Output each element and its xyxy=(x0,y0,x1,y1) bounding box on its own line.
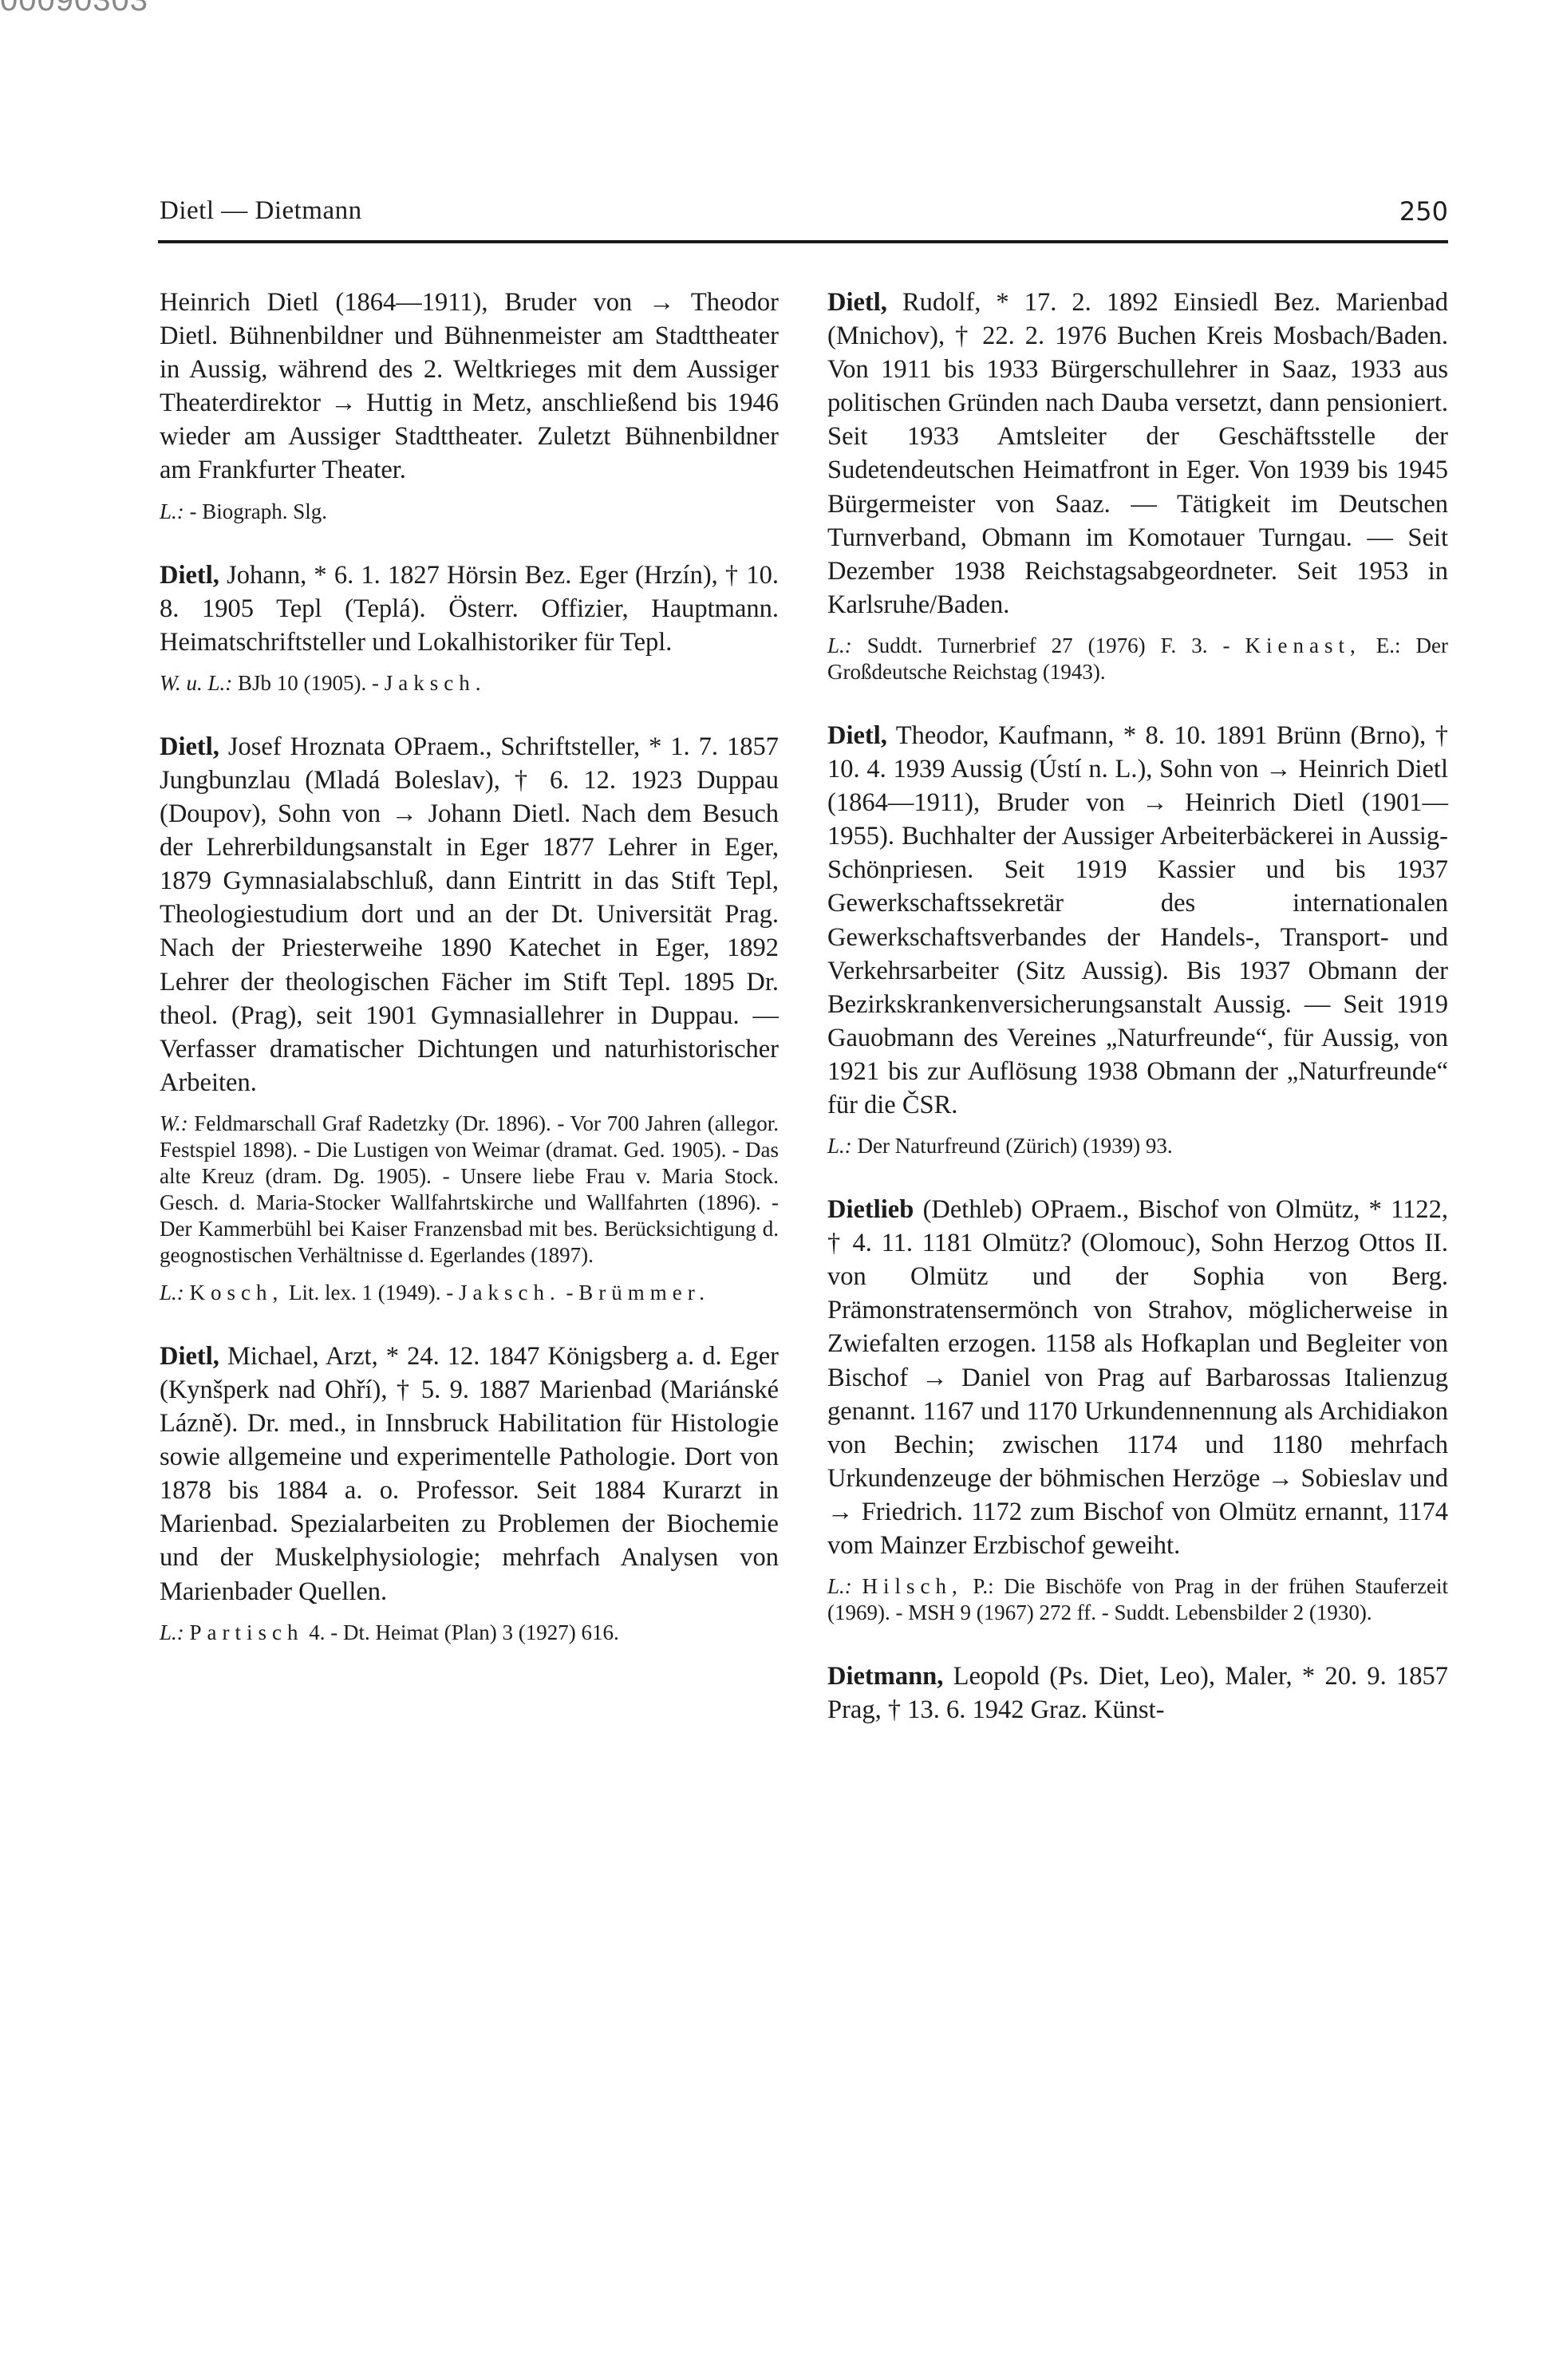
entry-rudolf-dietl: Dietl, Rudolf, * 17. 2. 1892 Einsiedl Be… xyxy=(827,286,1448,685)
entry-gap xyxy=(160,525,779,558)
entry-headword: Dietl, xyxy=(160,561,219,590)
lit-text: - xyxy=(561,1281,579,1304)
entry-literature: L.: Kosch, Lit. lex. 1 (1949). - Jaksch.… xyxy=(160,1280,779,1306)
entry-body: Dietl, Michael, Arzt, * 24. 12. 1847 Kön… xyxy=(160,1340,779,1608)
lit-text: BJb 10 (1905). - xyxy=(232,671,385,695)
entry-headword: Dietl, xyxy=(827,288,887,317)
lit-text: Lit. lex. 1 (1949). - xyxy=(283,1281,459,1304)
entry-literature: L.: Suddt. Turnerbrief 27 (1976) F. 3. -… xyxy=(827,633,1448,685)
lit-label: L.: xyxy=(160,1281,184,1304)
lit-label: L.: xyxy=(160,499,184,523)
entry-text: Theodor, Kaufmann, * 8. 10. 1891 Brünn (… xyxy=(827,721,1448,1119)
entry-body: Heinrich Dietl (1864—1911), Bruder von →… xyxy=(160,286,779,487)
lit-author: Partisch xyxy=(190,1620,304,1644)
entry-works: W.: Feldmarschall Graf Radetzky (Dr. 189… xyxy=(160,1111,779,1269)
entry-johann-dietl: Dietl, Johann, * 6. 1. 1827 Hörsin Bez. … xyxy=(160,558,779,697)
lit-author: Kienast, xyxy=(1245,633,1361,657)
entry-gap xyxy=(827,1159,1448,1193)
entry-text: Josef Hroznata OPraem., Schriftsteller, … xyxy=(160,732,779,1097)
entry-text: Rudolf, * 17. 2. 1892 Einsiedl Bez. Mari… xyxy=(827,288,1448,619)
lit-author: Jaksch. xyxy=(459,1281,561,1304)
lit-text: Der Naturfreund (Zürich) (1939) 93. xyxy=(852,1134,1173,1158)
lit-label: L.: xyxy=(827,1134,852,1158)
lit-label: L.: xyxy=(827,1574,852,1598)
header-rule xyxy=(158,240,1448,243)
entry-literature: L.: Hilsch, P.: Die Bischöfe von Prag in… xyxy=(827,1573,1448,1626)
entry-text: Johann, * 6. 1. 1827 Hörsin Bez. Eger (H… xyxy=(160,561,779,657)
entry-gap xyxy=(827,1626,1448,1660)
entry-gap xyxy=(160,1306,779,1340)
running-head-title: Dietl — Dietmann xyxy=(160,196,362,226)
entry-headword: Dietl, xyxy=(160,1342,219,1371)
entry-dietmann-leopold: Dietmann, Leopold (Ps. Diet, Leo), Maler… xyxy=(827,1660,1448,1727)
works-label: W.: xyxy=(160,1111,188,1135)
entry-headword: Dietl, xyxy=(160,732,219,761)
scan-id: 00090303 xyxy=(0,0,148,18)
entry-theodor-dietl: Dietl, Theodor, Kaufmann, * 8. 10. 1891 … xyxy=(827,719,1448,1159)
page-number: 250 xyxy=(1399,196,1448,227)
entry-body: Dietl, Josef Hroznata OPraem., Schriftst… xyxy=(160,730,779,1099)
lit-label: L.: xyxy=(827,633,852,657)
running-head: Dietl — Dietmann 250 xyxy=(160,196,1448,236)
right-column: Dietl, Rudolf, * 17. 2. 1892 Einsiedl Be… xyxy=(827,286,1448,1727)
entry-body: Dietlieb (Dethleb) OPraem., Bischof von … xyxy=(827,1193,1448,1562)
entry-body: Dietl, Rudolf, * 17. 2. 1892 Einsiedl Be… xyxy=(827,286,1448,622)
entry-body: Dietmann, Leopold (Ps. Diet, Leo), Maler… xyxy=(827,1660,1448,1727)
entry-dietlieb: Dietlieb (Dethleb) OPraem., Bischof von … xyxy=(827,1193,1448,1626)
lit-text: - Biograph. Slg. xyxy=(184,499,327,523)
lit-label: W. u. L.: xyxy=(160,671,232,695)
lit-label: L.: xyxy=(160,1620,184,1644)
left-column: Heinrich Dietl (1864—1911), Bruder von →… xyxy=(160,286,779,1646)
lit-author: Brümmer. xyxy=(578,1281,710,1304)
lit-text: Suddt. Turnerbrief 27 (1976) F. 3. - xyxy=(852,633,1245,657)
entry-heinrich-dietl-continued: Heinrich Dietl (1864—1911), Bruder von →… xyxy=(160,286,779,525)
entry-josef-dietl: Dietl, Josef Hroznata OPraem., Schriftst… xyxy=(160,730,779,1306)
lit-author: Kosch, xyxy=(190,1281,284,1304)
entry-headword: Dietl, xyxy=(827,721,887,750)
entry-body: Dietl, Johann, * 6. 1. 1827 Hörsin Bez. … xyxy=(160,558,779,659)
entry-literature: W. u. L.: BJb 10 (1905). - Jaksch. xyxy=(160,670,779,697)
entry-text: Michael, Arzt, * 24. 12. 1847 Königsberg… xyxy=(160,1342,779,1606)
entry-gap xyxy=(827,685,1448,719)
works-text: Feldmarschall Graf Radetzky (Dr. 1896). … xyxy=(160,1111,779,1267)
entry-gap xyxy=(160,697,779,730)
entry-text: (Dethleb) OPraem., Bischof von Olmütz, *… xyxy=(827,1195,1448,1560)
entry-literature: L.: Partisch 4. - Dt. Heimat (Plan) 3 (1… xyxy=(160,1620,779,1646)
lit-text: 4. - Dt. Heimat (Plan) 3 (1927) 616. xyxy=(304,1620,619,1644)
lit-author: Hilsch, xyxy=(862,1574,962,1598)
lit-author: Jaksch. xyxy=(385,671,487,695)
entry-michael-dietl: Dietl, Michael, Arzt, * 24. 12. 1847 Kön… xyxy=(160,1340,779,1646)
entry-headword: Dietlieb xyxy=(827,1195,914,1224)
entry-body: Dietl, Theodor, Kaufmann, * 8. 10. 1891 … xyxy=(827,719,1448,1122)
entry-headword: Dietmann, xyxy=(827,1662,943,1691)
entry-literature: L.: Der Naturfreund (Zürich) (1939) 93. xyxy=(827,1133,1448,1159)
entry-literature: L.: - Biograph. Slg. xyxy=(160,499,779,525)
